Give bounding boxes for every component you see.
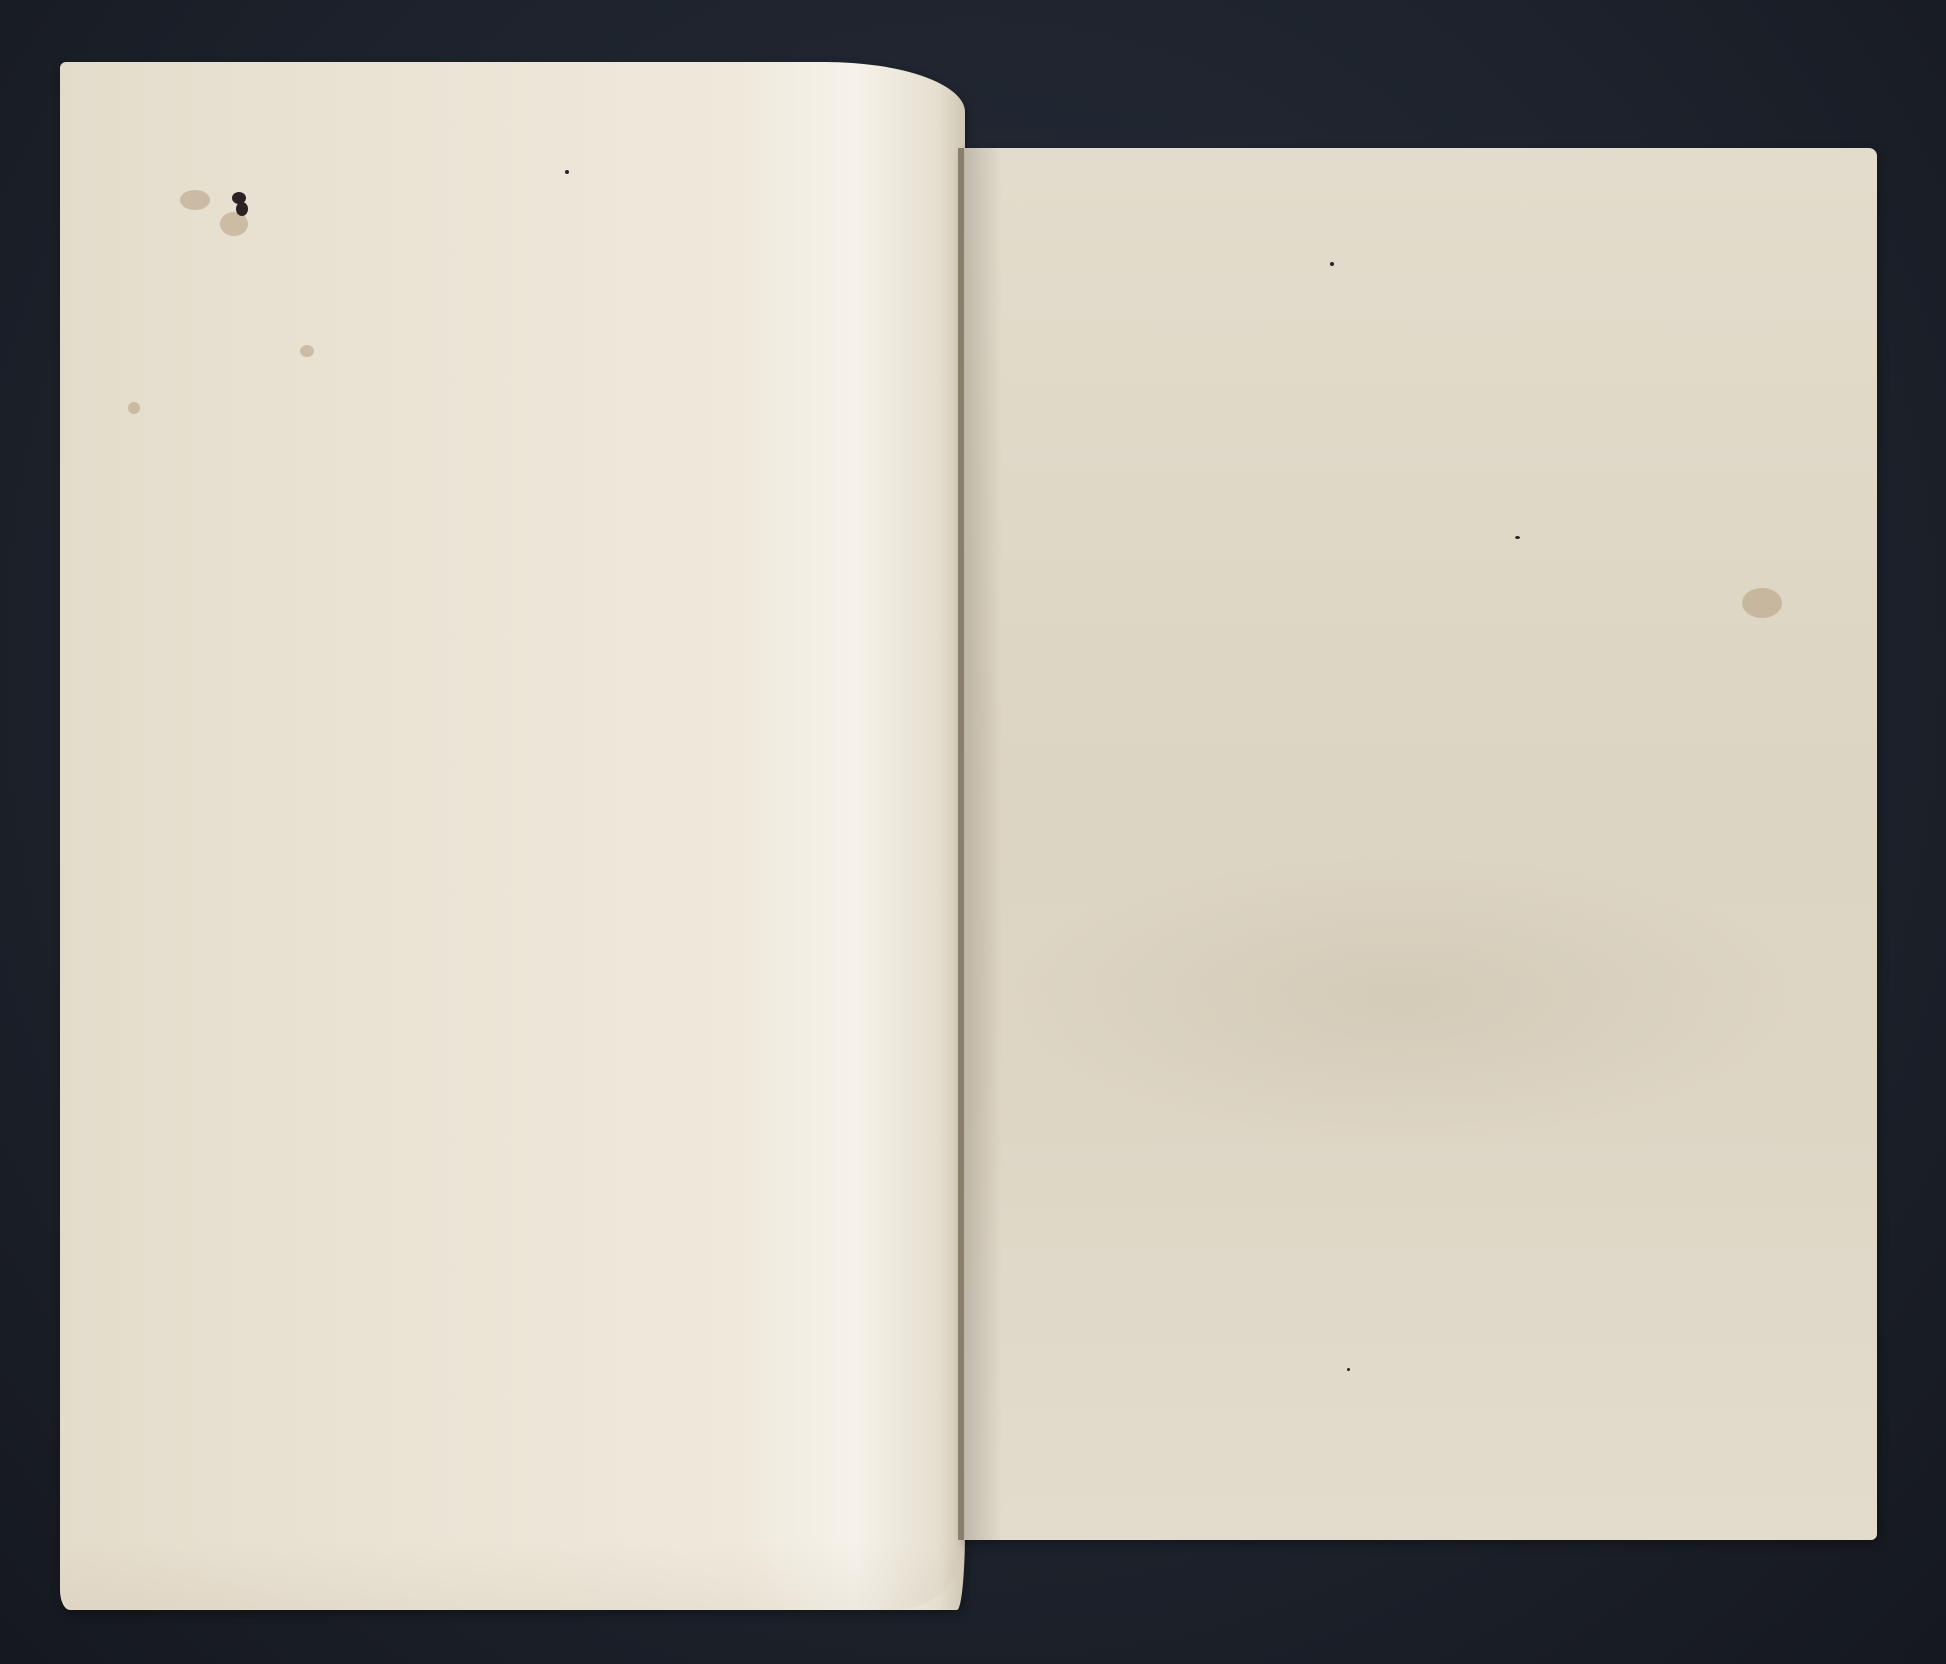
stain-mark (128, 402, 140, 414)
speck (1515, 536, 1520, 539)
stain-mark (300, 345, 314, 357)
ink-blot (236, 202, 248, 216)
speck (1330, 262, 1334, 266)
photo-scene (0, 0, 1946, 1664)
right-page (962, 148, 1877, 1540)
speck (565, 170, 569, 174)
stain-mark (1742, 588, 1782, 618)
book-gutter (958, 148, 964, 1540)
left-page (60, 62, 965, 1610)
speck (1347, 1368, 1350, 1371)
stain-mark (180, 190, 210, 210)
